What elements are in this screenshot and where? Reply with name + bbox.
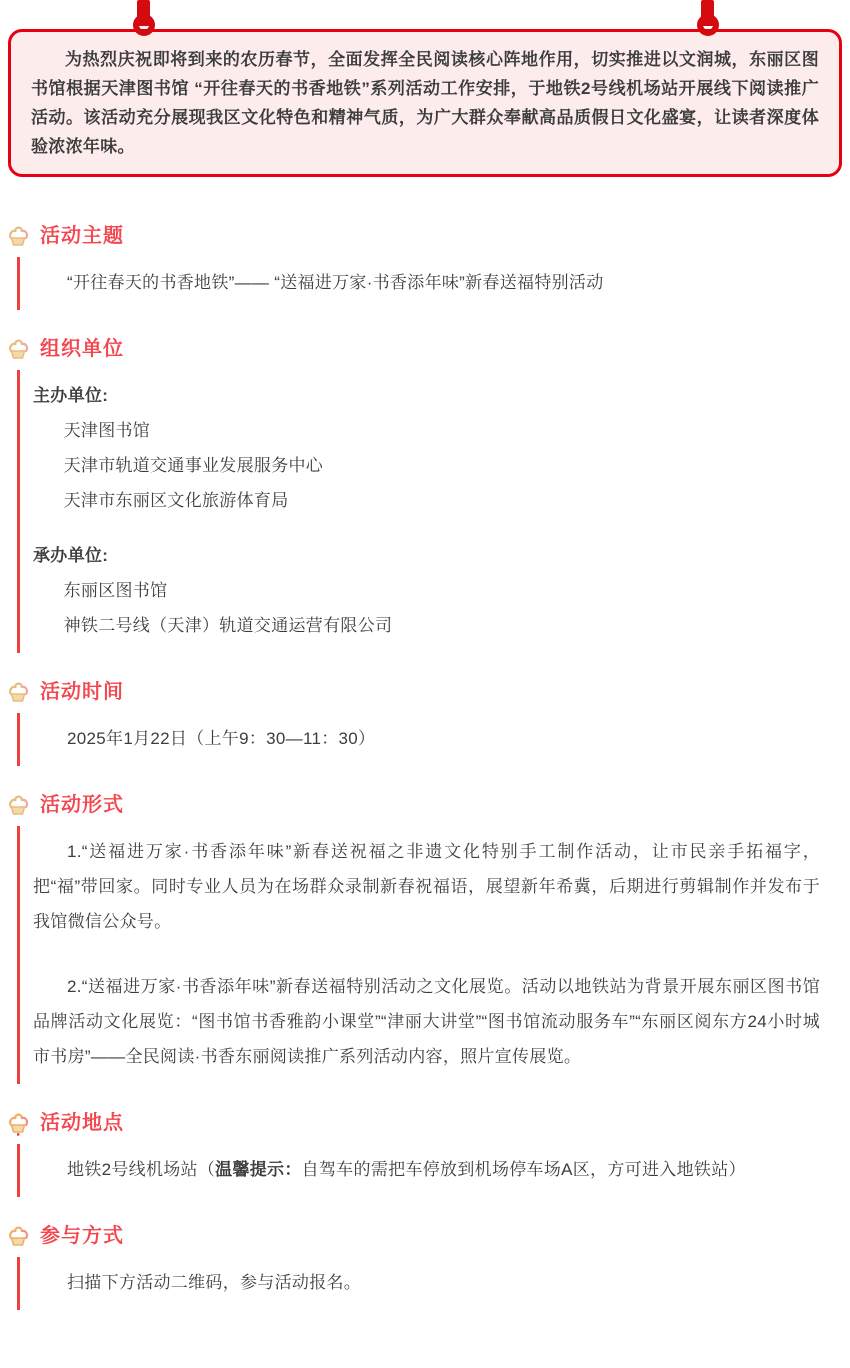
undertaker-label: 承办单位: (33, 538, 820, 573)
section-title: 组织单位 (40, 336, 124, 362)
section-time-body: 2025年1月22日（上午9：30—11：30） (17, 713, 840, 766)
pin-icon-right (697, 0, 719, 40)
notice-section: 为热烈庆祝即将到来的农历春节，全面发挥全民阅读核心阵地作用，切实推进以文润城，东… (8, 0, 842, 177)
section-organizers-header: 组织单位 (0, 336, 840, 362)
host-list: 天津图书馆 天津市轨道交通事业发展服务中心 天津市东丽区文化旅游体育局 (33, 413, 820, 518)
section-format-body: 1.“送福进万家·书香添年味”新春送祝福之非遗文化特别手工制作活动，让市民亲手拓… (17, 826, 840, 1084)
section-organizers-body: 主办单位: 天津图书馆 天津市轨道交通事业发展服务中心 天津市东丽区文化旅游体育… (17, 370, 840, 653)
pin-rod (137, 0, 150, 26)
notice-text: 为热烈庆祝即将到来的农历春节，全面发挥全民阅读核心阵地作用，切实推进以文润城，东… (31, 45, 819, 161)
section-title: 活动地点 (40, 1110, 124, 1136)
location-tip-label: 温馨提示： (215, 1160, 302, 1179)
location-prefix: 地铁2号线机场站（ (67, 1160, 215, 1179)
time-text: 2025年1月22日（上午9：30—11：30） (33, 721, 820, 756)
section-theme-body: “开往春天的书香地铁”—— “送福进万家·书香添年味”新春送福特别活动 (17, 257, 840, 310)
section-title: 参与方式 (40, 1223, 124, 1249)
pin-icon-left (133, 0, 155, 40)
list-item: 东丽区图书馆 (33, 573, 820, 608)
section-organizers: 组织单位 主办单位: 天津图书馆 天津市轨道交通事业发展服务中心 天津市东丽区文… (0, 336, 840, 653)
gold-blossom-icon (5, 223, 31, 249)
host-group: 主办单位: 天津图书馆 天津市轨道交通事业发展服务中心 天津市东丽区文化旅游体育… (33, 378, 820, 518)
article-page: 为热烈庆祝即将到来的农历春节，全面发挥全民阅读核心阵地作用，切实推进以文润城，东… (0, 0, 850, 1368)
location-suffix: 自驾车的需把车停放到机场停车场A区，方可进入地铁站） (302, 1160, 746, 1179)
section-theme: 活动主题 “开往春天的书香地铁”—— “送福进万家·书香添年味”新春送福特别活动 (0, 223, 840, 310)
gold-blossom-icon (5, 336, 31, 362)
location-text: 地铁2号线机场站（温馨提示：自驾车的需把车停放到机场停车场A区，方可进入地铁站） (33, 1152, 820, 1187)
format-paragraph-1: 1.“送福进万家·书香添年味”新春送祝福之非遗文化特别手工制作活动，让市民亲手拓… (33, 834, 820, 939)
undertaker-list: 东丽区图书馆 神铁二号线（天津）轨道交通运营有限公司 (33, 573, 820, 643)
section-format-header: 活动形式 (0, 792, 840, 818)
section-theme-header: 活动主题 (0, 223, 840, 249)
gold-blossom-icon (5, 792, 31, 818)
section-time-header: 活动时间 (0, 679, 840, 705)
theme-text: “开往春天的书香地铁”—— “送福进万家·书香添年味”新春送福特别活动 (33, 265, 820, 300)
undertaker-group: 承办单位: 东丽区图书馆 神铁二号线（天津）轨道交通运营有限公司 (33, 538, 820, 643)
section-location-header: 活动地点 (0, 1110, 840, 1136)
gold-hand-icon (5, 1110, 31, 1136)
section-location-body: 地铁2号线机场站（温馨提示：自驾车的需把车停放到机场停车场A区，方可进入地铁站） (17, 1144, 840, 1197)
format-paragraph-2: 2.“送福进万家·书香添年味”新春送福特别活动之文化展览。活动以地铁站为背景开展… (33, 969, 820, 1074)
section-format: 活动形式 1.“送福进万家·书香添年味”新春送祝福之非遗文化特别手工制作活动，让… (0, 792, 840, 1084)
section-location: 活动地点 地铁2号线机场站（温馨提示：自驾车的需把车停放到机场停车场A区，方可进… (0, 1110, 840, 1197)
section-participation-header: 参与方式 (0, 1223, 840, 1249)
pin-rod (701, 0, 714, 26)
section-title: 活动主题 (40, 223, 124, 249)
notice-box: 为热烈庆祝即将到来的农历春节，全面发挥全民阅读核心阵地作用，切实推进以文润城，东… (8, 29, 842, 177)
gold-blossom-icon (5, 679, 31, 705)
section-time: 活动时间 2025年1月22日（上午9：30—11：30） (0, 679, 840, 766)
section-participation-body: 扫描下方活动二维码，参与活动报名。 (17, 1257, 840, 1310)
section-title: 活动时间 (40, 679, 124, 705)
list-item: 天津市东丽区文化旅游体育局 (33, 483, 820, 518)
participation-text: 扫描下方活动二维码，参与活动报名。 (33, 1265, 820, 1300)
list-item: 天津市轨道交通事业发展服务中心 (33, 448, 820, 483)
section-participation: 参与方式 扫描下方活动二维码，参与活动报名。 (0, 1223, 840, 1310)
list-item: 天津图书馆 (33, 413, 820, 448)
gold-hand-icon (5, 1223, 31, 1249)
section-title: 活动形式 (40, 792, 124, 818)
host-label: 主办单位: (33, 378, 820, 413)
list-item: 神铁二号线（天津）轨道交通运营有限公司 (33, 608, 820, 643)
